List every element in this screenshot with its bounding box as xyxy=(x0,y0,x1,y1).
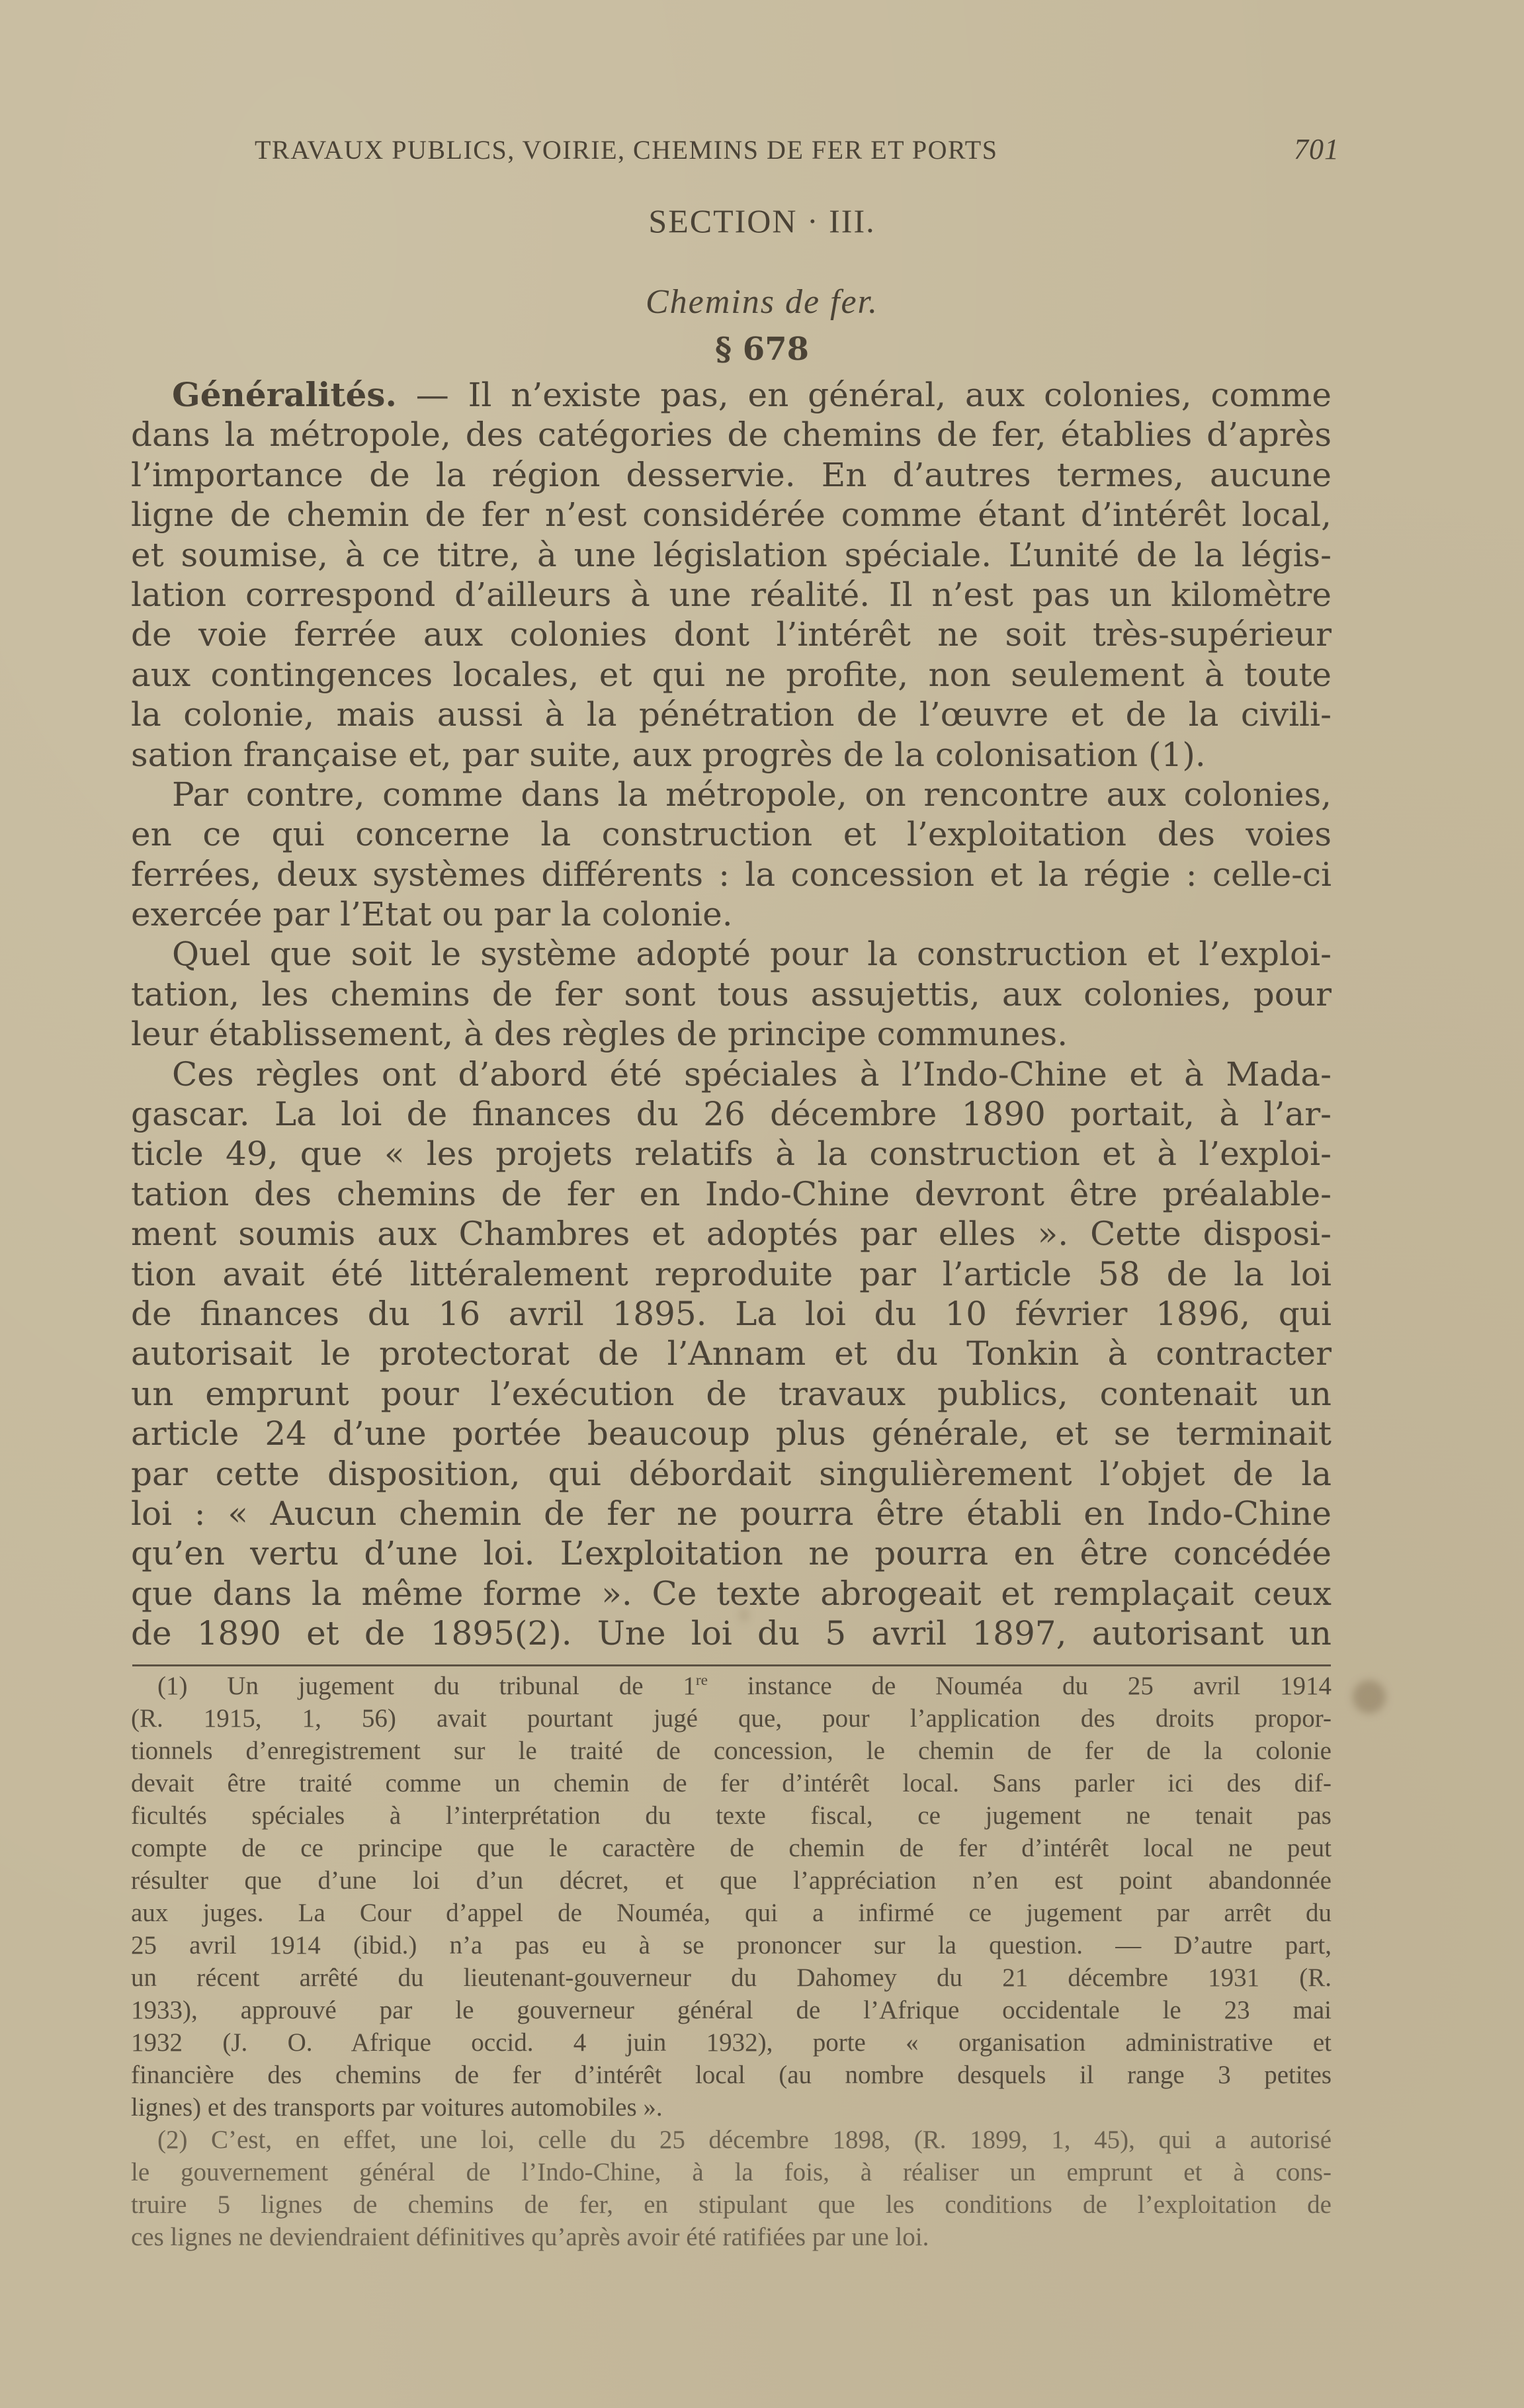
footnote-text: Un jugement du tribunal de 1 xyxy=(187,1672,695,1700)
body-line: tation des chemins de fer en Indo-Chine … xyxy=(131,1174,1332,1214)
footnote-line: 1933), approuvé par le gouverneur généra… xyxy=(131,1994,1332,2026)
footnote-line: tionnels d’enregistrement sur le traité … xyxy=(131,1735,1332,1767)
body-line: ferrées, deux systèmes différents : la c… xyxy=(131,855,1332,894)
body-line: gascar. La loi de finances du 26 décembr… xyxy=(131,1094,1332,1134)
body-line: tion avait été littéralement reproduite … xyxy=(131,1254,1332,1294)
body-line: aux contingences locales, et qui ne prof… xyxy=(131,655,1332,695)
body-line: article 24 d’une portée beaucoup plus gé… xyxy=(131,1414,1332,1453)
footnote-line: 1932 (J. O. Afrique occid. 4 juin 1932),… xyxy=(131,2026,1332,2059)
body-line: loi : « Aucun chemin de fer ne pourra êt… xyxy=(131,1494,1332,1533)
body-line: autorisait le protectorat de l’Annam et … xyxy=(131,1334,1332,1373)
footnote-line: devait être traité comme un chemin de fe… xyxy=(131,1767,1332,1799)
paragraph-number: § 678 xyxy=(0,331,1524,368)
body-line: ligne de chemin de fer n’est considérée … xyxy=(131,495,1332,535)
page-number: 701 xyxy=(1294,132,1339,166)
footnote-line: ficultés spéciales à l’interprétation du… xyxy=(131,1799,1332,1832)
footnote-rule xyxy=(132,1664,1331,1666)
running-head: TRAVAUX PUBLICS, VOIRIE, CHEMINS DE FER … xyxy=(255,132,1339,166)
running-head-title: TRAVAUX PUBLICS, VOIRIE, CHEMINS DE FER … xyxy=(255,134,997,165)
body-line: sation française et, par suite, aux prog… xyxy=(131,735,1332,775)
superscript: re xyxy=(696,1672,708,1689)
footnote-line: un récent arrêté du lieutenant-gouverneu… xyxy=(131,1961,1332,1994)
body-line: ment soumis aux Chambres et adoptés par … xyxy=(131,1214,1332,1254)
footnote-line: (2) C’est, en effet, une loi, celle du 2… xyxy=(131,2124,1332,2156)
body-line: par cette disposition, qui débordait sin… xyxy=(131,1454,1332,1494)
body-line: Quel que soit le système adopté pour la … xyxy=(131,934,1332,974)
body-line: de voie ferrée aux colonies dont l’intér… xyxy=(131,615,1332,654)
body-line: Par contre, comme dans la métropole, on … xyxy=(131,775,1332,814)
body-line: de 1890 et de 1895(2). Une loi du 5 avri… xyxy=(131,1613,1332,1653)
footnote-line: (1) Un jugement du tribunal de 1re insta… xyxy=(131,1670,1332,1702)
paper-stain xyxy=(1353,1680,1386,1713)
body-line: dans la métropole, des catégories de che… xyxy=(131,415,1332,454)
footnote-text: instance de Nouméa du 25 avril 1914 xyxy=(708,1672,1332,1700)
body-line: de finances du 16 avril 1895. La loi du … xyxy=(131,1294,1332,1334)
body-line: un emprunt pour l’exécution de travaux p… xyxy=(131,1374,1332,1414)
body-line: Ces règles ont d’abord été spéciales à l… xyxy=(131,1054,1332,1094)
body-line-text: — Il n’existe pas, en général, aux colon… xyxy=(397,376,1332,414)
body-line: l’importance de la région desservie. En … xyxy=(131,455,1332,495)
body-line: et soumise, à ce titre, à une législatio… xyxy=(131,535,1332,575)
section-title: SECTION · III. xyxy=(0,202,1524,240)
footnote-line: résulter que d’une loi d’un décret, et q… xyxy=(131,1864,1332,1897)
body-line: Généralités. — Il n’existe pas, en génér… xyxy=(131,375,1332,415)
body-line: que dans la même forme ». Ce texte abrog… xyxy=(131,1574,1332,1613)
subsection-title: Chemins de fer. xyxy=(0,282,1524,322)
footnote-line: le gouvernement général de l’Indo-Chine,… xyxy=(131,2156,1332,2188)
body-line: qu’en vertu d’une loi. L’exploitation ne… xyxy=(131,1533,1332,1573)
footnote-line: compte de ce principe que le caractère d… xyxy=(131,1832,1332,1864)
footnote-line: (R. 1915, 1, 56) avait pourtant jugé que… xyxy=(131,1702,1332,1735)
body-line: la colonie, mais aussi à la pénétration … xyxy=(131,695,1332,734)
body-line: exercée par l’Etat ou par la colonie. xyxy=(131,894,1332,934)
body-line: ticle 49, que « les projets relatifs à l… xyxy=(131,1134,1332,1174)
footnote-line: aux juges. La Cour d’appel de Nouméa, qu… xyxy=(131,1897,1332,1929)
footnotes: (1) Un jugement du tribunal de 1re insta… xyxy=(131,1670,1332,2253)
footnote-marker-1: (1) xyxy=(157,1672,187,1700)
footnote-line: truire 5 lignes de chemins de fer, en st… xyxy=(131,2188,1332,2221)
body-line: lation correspond d’ailleurs à une réali… xyxy=(131,575,1332,615)
paragraph-lead: Généralités. xyxy=(172,375,397,414)
footnote-line: financière des chemins de fer d’intérêt … xyxy=(131,2059,1332,2091)
body-line: tation, les chemins de fer sont tous ass… xyxy=(131,974,1332,1014)
footnote-line: 25 avril 1914 (ibid.) n’a pas eu à se pr… xyxy=(131,1929,1332,1961)
body-line: en ce qui concerne la construction et l’… xyxy=(131,814,1332,854)
footnote-line: ces lignes ne deviendraient définitives … xyxy=(131,2221,1332,2253)
body-line: leur établissement, à des règles de prin… xyxy=(131,1014,1332,1054)
footnote-text: C’est, en effet, une loi, celle du 25 dé… xyxy=(187,2126,1332,2154)
footnote-marker-2: (2) xyxy=(157,2126,187,2154)
body-text: Généralités. — Il n’existe pas, en génér… xyxy=(131,375,1332,1654)
footnote-line: lignes) et des transports par voitures a… xyxy=(131,2091,1332,2124)
